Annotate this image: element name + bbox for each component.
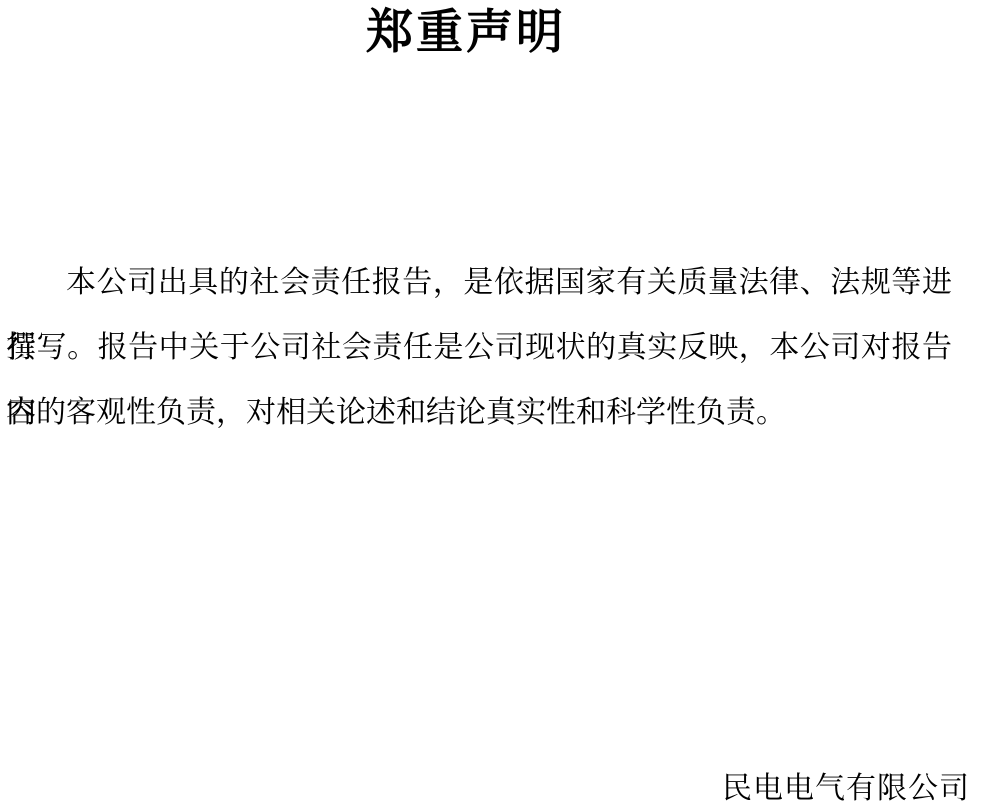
- paragraph-line-1: 本公司出具的社会责任报告，是依据国家有关质量法律、法规等进行: [6, 250, 952, 315]
- declaration-paragraph: 本公司出具的社会责任报告，是依据国家有关质量法律、法规等进行 撰写。报告中关于公…: [6, 250, 952, 445]
- paragraph-line-2: 撰写。报告中关于公司社会责任是公司现状的真实反映，本公司对报告内: [6, 315, 952, 380]
- company-signature: 民电电气有限公司: [722, 763, 970, 807]
- paragraph-line-3: 容的客观性负责，对相关论述和结论真实性和科学性负责。: [6, 380, 952, 445]
- declaration-page: 郑重声明 本公司出具的社会责任报告，是依据国家有关质量法律、法规等进行 撰写。报…: [0, 0, 1000, 809]
- page-title: 郑重声明: [0, 0, 932, 59]
